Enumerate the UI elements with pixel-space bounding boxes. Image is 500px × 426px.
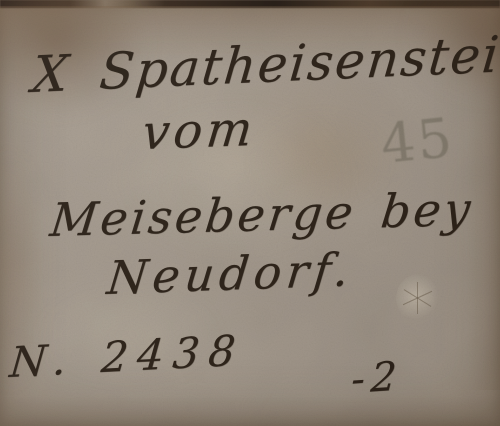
specimen-label-photo: X Spatheisenstein 45 vom Meiseberge bey … xyxy=(0,0,500,426)
preposition-text: vom xyxy=(140,105,259,157)
mineral-name-text: X Spatheisenstein xyxy=(30,28,500,100)
catalog-number-text: N. 2438 xyxy=(8,329,246,384)
paper-stain-bottom-edge xyxy=(0,396,500,426)
pencil-annotation-text: 45 xyxy=(378,111,456,172)
locality-text-line2: Neudorf. xyxy=(105,246,356,301)
locality-text-line1: Meiseberge bey xyxy=(48,186,476,243)
label-top-edge xyxy=(0,0,500,8)
paper-scuff-mark xyxy=(396,274,442,322)
secondary-number-text: -2 xyxy=(350,356,404,400)
paper-stain-right-edge xyxy=(468,60,500,390)
